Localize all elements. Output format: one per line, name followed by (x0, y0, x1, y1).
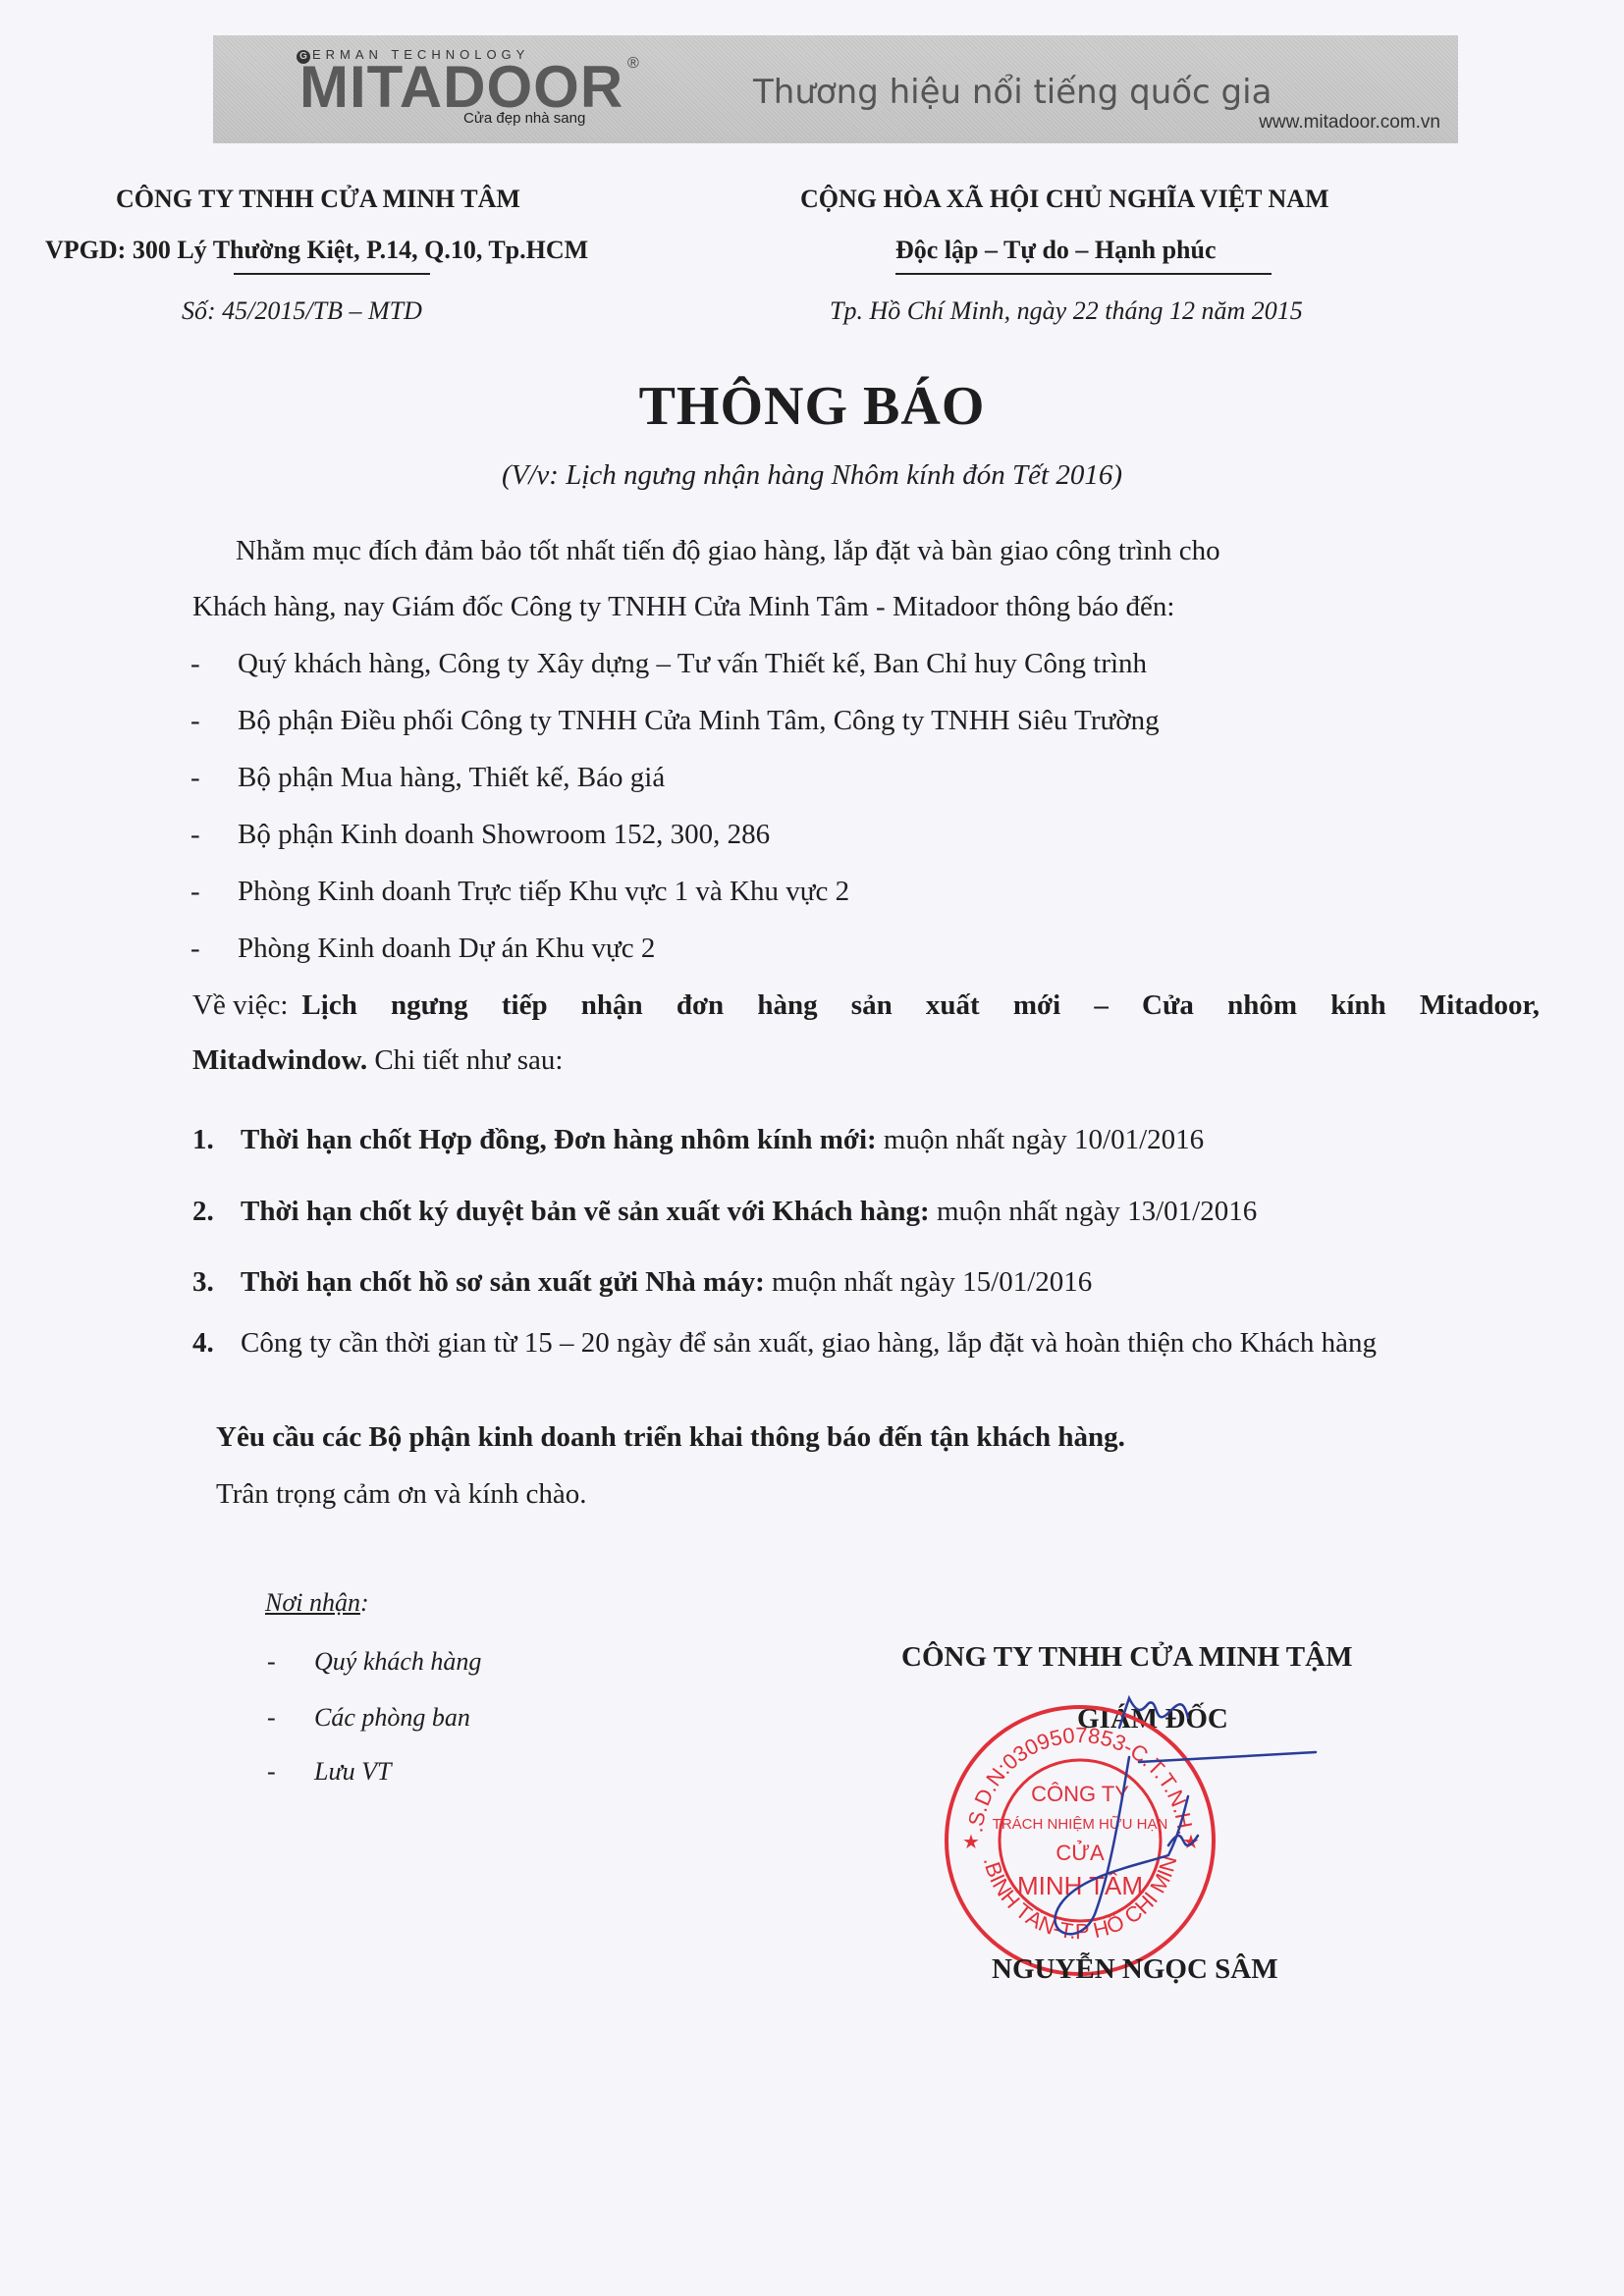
list-dash: - (190, 819, 200, 851)
list-dash: - (190, 648, 200, 680)
distribution-dash: - (267, 1703, 276, 1733)
banner-headline: Thương hiệu nổi tiếng quốc gia (753, 73, 1272, 112)
list-dash: - (190, 762, 200, 794)
motto-underline (895, 273, 1272, 275)
registered-icon: ® (627, 55, 639, 73)
signatory-name: NGUYỄN NGỌC SÂM (992, 1953, 1278, 1986)
list-item: Bộ phận Kinh doanh Showroom 152, 300, 28… (238, 819, 770, 851)
list-item: Phòng Kinh doanh Dự án Khu vực 2 (238, 933, 655, 965)
list-dash: - (190, 933, 200, 965)
item-number: 4. (192, 1327, 214, 1360)
deadline-item: Thời hạn chốt Hợp đồng, Đơn hàng nhôm kí… (241, 1124, 1204, 1156)
request-statement: Yêu cầu các Bộ phận kinh doanh triển kha… (216, 1421, 1125, 1454)
deadline-item: Công ty cần thời gian từ 15 – 20 ngày để… (241, 1327, 1377, 1360)
list-item: Bộ phận Mua hàng, Thiết kế, Báo giá (238, 762, 665, 794)
svg-text:★: ★ (962, 1832, 980, 1853)
distribution-item: Quý khách hàng (314, 1647, 481, 1677)
distribution-dash: - (267, 1757, 276, 1787)
list-dash: - (190, 705, 200, 737)
list-item: Phòng Kinh doanh Trực tiếp Khu vực 1 và … (238, 876, 849, 908)
list-item: Quý khách hàng, Công ty Xây dựng – Tư vấ… (238, 648, 1147, 680)
distribution-item: Lưu VT (314, 1757, 391, 1787)
distribution-dash: - (267, 1647, 276, 1677)
regarding-subject-cont: Mitadwindow. (192, 1044, 367, 1076)
item-number: 2. (192, 1196, 214, 1228)
distribution-label: Nơi nhận: (265, 1588, 369, 1618)
closing-statement: Trân trọng cảm ơn và kính chào. (216, 1478, 587, 1511)
intro-line-1: Nhằm mục đích đảm bảo tốt nhất tiến độ g… (236, 535, 1220, 567)
address-underline (234, 273, 430, 275)
signature-icon (1021, 1669, 1375, 1973)
item-number: 3. (192, 1266, 214, 1299)
document-number: Số: 45/2015/TB – MTD (182, 296, 422, 326)
banner-website: www.mitadoor.com.vn (1259, 112, 1440, 133)
list-dash: - (190, 876, 200, 908)
list-item: Bộ phận Điều phối Công ty TNHH Cửa Minh … (238, 705, 1160, 737)
deadline-item: Thời hạn chốt hồ sơ sản xuất gửi Nhà máy… (241, 1266, 1092, 1299)
regarding-label: Về việc: (192, 989, 288, 1022)
place-date: Tp. Hồ Chí Minh, ngày 22 tháng 12 năm 20… (830, 296, 1303, 326)
company-address: VPGD: 300 Lý Thường Kiệt, P.14, Q.10, Tp… (45, 236, 588, 265)
regarding-tail: Chi tiết như sau: (367, 1044, 563, 1076)
nation-motto: Độc lập – Tự do – Hạnh phúc (895, 236, 1217, 265)
logo-slogan: Cửa đẹp nhà sang (463, 110, 585, 127)
regarding-line-2: Mitadwindow. Chi tiết như sau: (192, 1044, 563, 1077)
intro-line-2: Khách hàng, nay Giám đốc Công ty TNHH Cử… (192, 591, 1175, 623)
document-title: THÔNG BÁO (0, 375, 1624, 438)
document-subject: (V/v: Lịch ngưng nhận hàng Nhôm kính đón… (0, 459, 1624, 492)
letterhead-banner: GERMAN TECHNOLOGY MITADOOR ® Cửa đẹp nhà… (213, 35, 1458, 143)
item-number: 1. (192, 1124, 214, 1156)
regarding-line-1: Về việc: Lịch ngưng tiếp nhận đơn hàng s… (192, 989, 1540, 1022)
distribution-item: Các phòng ban (314, 1703, 470, 1733)
deadline-item: Thời hạn chốt ký duyệt bản vẽ sản xuất v… (241, 1196, 1257, 1228)
regarding-subject: Lịch ngưng tiếp nhận đơn hàng sản xuất m… (301, 989, 1540, 1022)
nation-title: CỘNG HÒA XÃ HỘI CHỦ NGHĨA VIỆT NAM (800, 185, 1329, 214)
company-name: CÔNG TY TNHH CỬA MINH TÂM (116, 185, 520, 214)
